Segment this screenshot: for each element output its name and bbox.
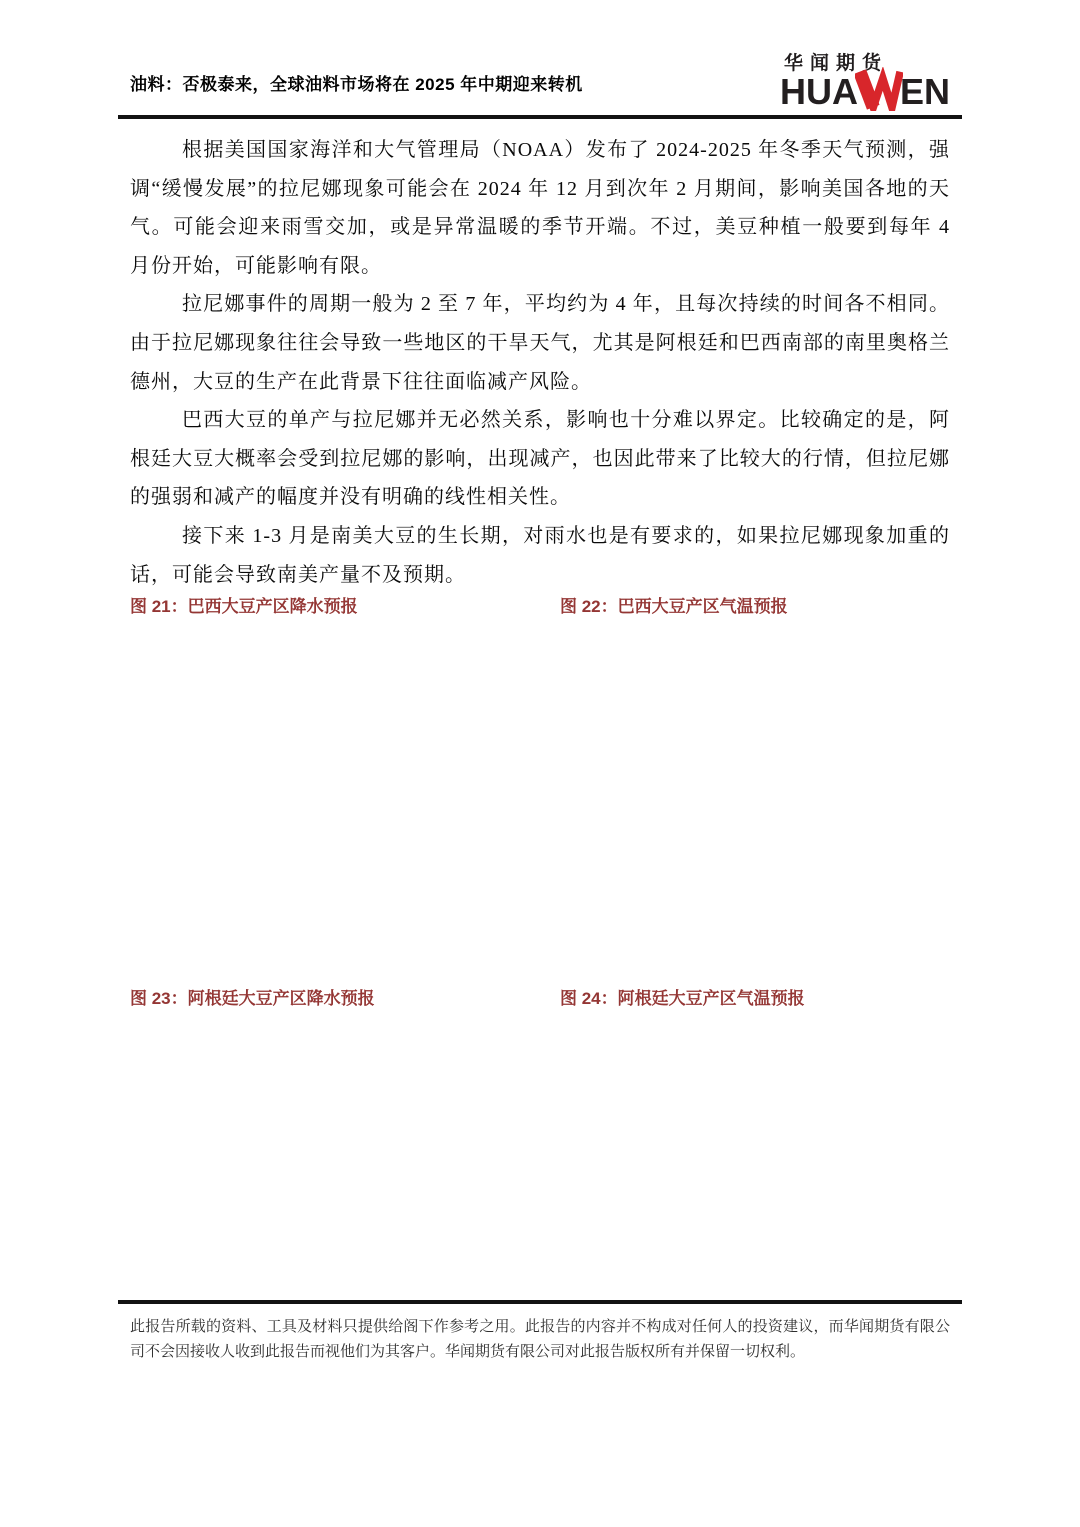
logo-w-check-icon: [855, 67, 903, 111]
logo-en-right: EN: [900, 74, 950, 110]
report-page: 油料：否极泰来，全球油料市场将在 2025 年中期迎来转机 华闻期货 HUA E…: [0, 0, 1080, 1527]
body-paragraph-4: 接下来 1-3 月是南美大豆的生长期，对雨水也是有要求的，如果拉尼娜现象加重的话…: [130, 517, 950, 594]
body-paragraph-1: 根据美国国家海洋和大气管理局（NOAA）发布了 2024-2025 年冬季天气预…: [130, 131, 950, 285]
figure-21-image-placeholder: [130, 620, 560, 986]
figure-22-caption: 图 22：巴西大豆产区气温预报: [560, 594, 950, 620]
figure-21-caption: 图 21：巴西大豆产区降水预报: [130, 594, 560, 620]
figure-row-2: [118, 1012, 962, 1300]
figure-24-image-placeholder: [560, 1012, 950, 1300]
figure-23-caption: 图 23：阿根廷大豆产区降水预报: [130, 986, 560, 1012]
figure-caption-row-2: 图 23：阿根廷大豆产区降水预报 图 24：阿根廷大豆产区气温预报: [118, 986, 962, 1012]
disclaimer-text: 此报告所载的资料、工具及材料只提供给阁下作参考之用。此报告的内容并不构成对任何人…: [118, 1304, 962, 1364]
figure-23-image-placeholder: [130, 1012, 560, 1300]
page-header: 油料：否极泰来，全球油料市场将在 2025 年中期迎来转机 华闻期货 HUA E…: [118, 0, 962, 119]
report-header-title: 油料：否极泰来，全球油料市场将在 2025 年中期迎来转机: [130, 70, 583, 95]
logo-english-text: HUA EN: [780, 74, 950, 110]
logo-en-left: HUA: [780, 74, 858, 110]
figure-caption-row-1: 图 21：巴西大豆产区降水预报 图 22：巴西大豆产区气温预报: [118, 594, 962, 620]
figure-24-caption: 图 24：阿根廷大豆产区气温预报: [560, 986, 950, 1012]
huawen-logo: 华闻期货 HUA EN: [780, 54, 950, 110]
body-paragraph-2: 拉尼娜事件的周期一般为 2 至 7 年，平均约为 4 年，且每次持续的时间各不相…: [130, 285, 950, 401]
figure-row-1: [118, 620, 962, 986]
figure-22-image-placeholder: [560, 620, 950, 986]
report-body: 根据美国国家海洋和大气管理局（NOAA）发布了 2024-2025 年冬季天气预…: [118, 131, 962, 594]
body-paragraph-3: 巴西大豆的单产与拉尼娜并无必然关系，影响也十分难以界定。比较确定的是，阿根廷大豆…: [130, 401, 950, 517]
page-footer: 此报告所载的资料、工具及材料只提供给阁下作参考之用。此报告的内容并不构成对任何人…: [118, 1300, 962, 1364]
